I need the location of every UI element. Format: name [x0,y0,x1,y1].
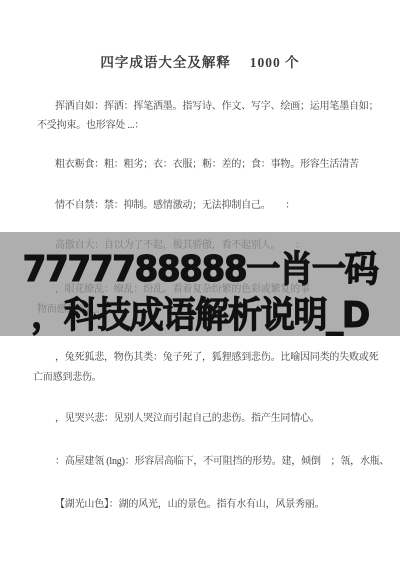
doc-line: 粗衣粝食：粗：粗劣；衣：衣服；粝：差的；食：事物。形容生活清苦 [55,155,359,170]
watermark-text-line-2: ，科技成语解析说明_D [10,287,390,338]
doc-line: 亡而感到悲伤。 [33,368,102,383]
doc-line: ，兔死狐悲，物伤其类：兔子死了，狐狸感到悲伤。比喻因同类的失败或死 [55,348,378,363]
doc-line: 不受拘束。也形容处 ...： [37,116,144,131]
doc-line: ，见哭兴悲：见别人哭泣而引起自己的悲伤。指产生同情心。 [55,409,320,424]
doc-line: ：高屋建瓴 (lng)：形容居高临下，不可阻挡的形势。建，倾倒 ；瓴，水瓶、 [55,452,389,467]
document-title: 四字成语大全及解释 1000 个 [0,51,400,71]
document-page: 四字成语大全及解释 1000 个 挥洒自如：挥洒：挥笔洒墨。指写诗、作文、写字、… [0,0,400,566]
doc-line: 情不自禁：禁：抑制。感情激动；无法抑制自己。 ： [55,196,295,211]
doc-line: 【湖光山色】：湖的风光，山的景色。指有水有山，风景秀丽。 [55,495,324,510]
doc-line: 挥洒自如：挥洒：挥笔洒墨。指写诗、作文、写字、绘画；运用笔墨自如； [55,97,378,112]
watermark-text-line-1: 7777788888一肖一码 [10,241,390,292]
